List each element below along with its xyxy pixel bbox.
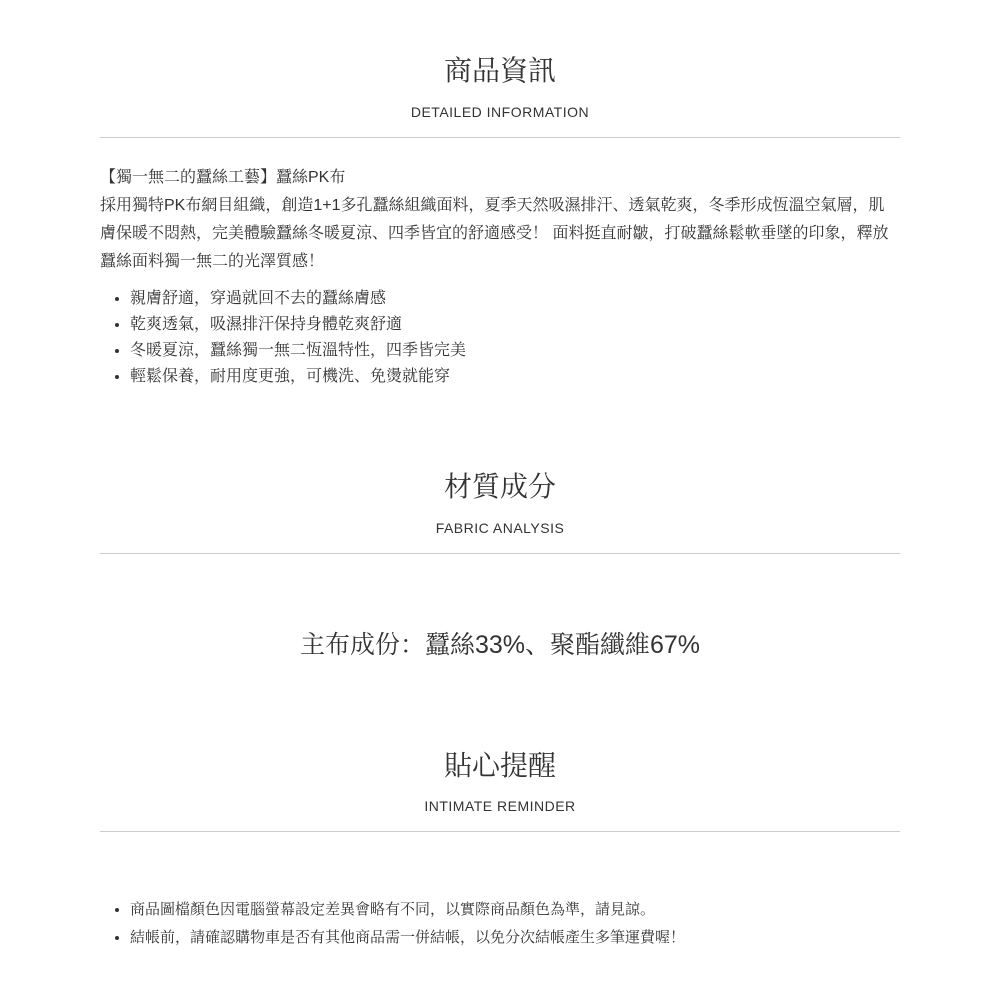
product-info-subtitle: DETAILED INFORMATION (100, 104, 900, 120)
feature-item: 冬暖夏涼，蠶絲獨一無二恆溫特性，四季皆完美 (130, 338, 900, 364)
section-product-info: 商品資訊 DETAILED INFORMATION 【獨一無二的蠶絲工藝】蠶絲P… (100, 52, 900, 390)
reminder-divider (100, 831, 900, 832)
section-reminder: 貼心提醒 INTIMATE REMINDER 商品圖檔顏色因電腦螢幕設定差異會略… (100, 747, 900, 953)
product-info-title: 商品資訊 (100, 52, 900, 90)
fabric-header: 材質成分 FABRIC ANALYSIS (100, 468, 900, 554)
reminder-item: 商品圖檔顏色因電腦螢幕設定差異會略有不同，以實際商品顏色為準，請見諒。 (130, 896, 900, 924)
reminder-item: 結帳前，請確認購物車是否有其他商品需一併結帳，以免分次結帳產生多筆運費喔！ (130, 924, 900, 952)
fabric-subtitle: FABRIC ANALYSIS (100, 520, 900, 536)
feature-list: 親膚舒適，穿過就回不去的蠶絲膚感 乾爽透氣，吸濕排汗保持身體乾爽舒適 冬暖夏涼，… (100, 286, 900, 390)
reminder-title: 貼心提醒 (100, 747, 900, 785)
product-intro-title: 【獨一無二的蠶絲工藝】蠶絲PK布 (100, 164, 900, 192)
product-intro: 【獨一無二的蠶絲工藝】蠶絲PK布 採用獨特PK布網目組織，創造1+1多孔蠶絲組織… (100, 164, 900, 276)
reminder-header: 貼心提醒 INTIMATE REMINDER (100, 747, 900, 833)
product-intro-body: 採用獨特PK布網目組織，創造1+1多孔蠶絲組織面料，夏季天然吸濕排汗、透氣乾爽，… (100, 192, 900, 276)
product-info-divider (100, 137, 900, 138)
fabric-divider (100, 553, 900, 554)
reminder-subtitle: INTIMATE REMINDER (100, 798, 900, 814)
product-info-header: 商品資訊 DETAILED INFORMATION (100, 52, 900, 138)
feature-item: 乾爽透氣，吸濕排汗保持身體乾爽舒適 (130, 312, 900, 338)
feature-item: 親膚舒適，穿過就回不去的蠶絲膚感 (130, 286, 900, 312)
feature-item: 輕鬆保養，耐用度更強，可機洗、免燙就能穿 (130, 364, 900, 390)
reminder-list: 商品圖檔顏色因電腦螢幕設定差異會略有不同，以實際商品顏色為準，請見諒。 結帳前，… (100, 896, 900, 952)
fabric-title: 材質成分 (100, 468, 900, 506)
product-description-page: 商品資訊 DETAILED INFORMATION 【獨一無二的蠶絲工藝】蠶絲P… (100, 0, 900, 952)
fabric-composition: 主布成份：蠶絲33%、聚酯纖維67% (100, 628, 900, 663)
section-fabric-analysis: 材質成分 FABRIC ANALYSIS 主布成份：蠶絲33%、聚酯纖維67% (100, 468, 900, 663)
